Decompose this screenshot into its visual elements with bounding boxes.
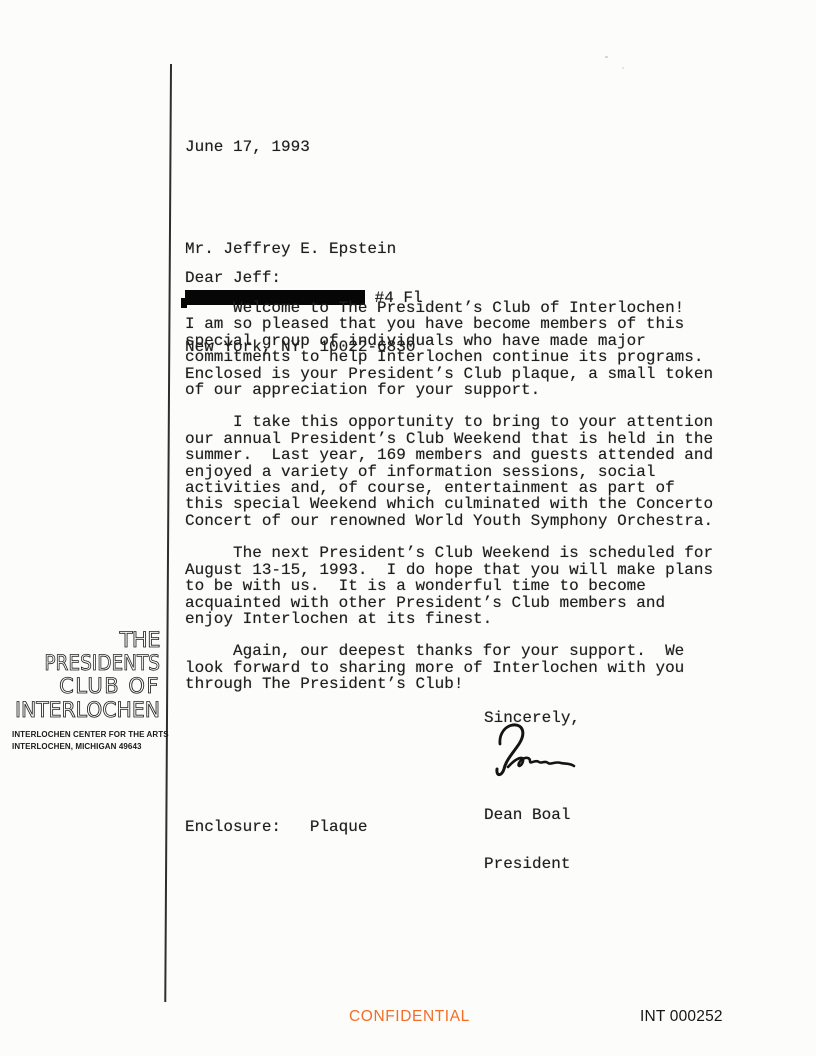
logo-line-the: THE [0,629,160,652]
body-line: I am so pleased that you have become mem… [185,316,735,332]
signature-block: Dean Boal President [484,774,570,905]
salutation: Dear Jeff: [185,270,281,286]
body-line: Welcome to The President’s Club of Inter… [185,300,735,316]
body-line: enjoy Interlochen at its finest. [185,611,735,627]
paragraph: Welcome to The President’s Club of Inter… [185,300,735,398]
page-edge-line [164,64,172,1002]
body-line: our annual President’s Club Weekend that… [185,431,735,447]
org-logo: THE PRESIDENTS CLUB OF INTERLOCHEN INTER… [0,629,160,752]
body-line: special group of individuals who have ma… [185,333,735,349]
enclosure-line: Enclosure: Plaque [185,819,367,835]
scan-speck [605,56,608,58]
signer-name: Dean Boal [484,807,570,823]
body-line: this special Weekend which culminated wi… [185,496,735,512]
paragraph: I take this opportunity to bring to your… [185,414,735,529]
logo-line-presidents: PRESIDENTS [19,652,160,675]
body-line: Concert of our renowned World Youth Symp… [185,513,735,529]
signature-handwriting [486,722,581,780]
confidential-stamp: CONFIDENTIAL [349,1008,470,1026]
body-line: Enclosed is your President’s Club plaque… [185,366,735,382]
body-line: The next President’s Club Weekend is sch… [185,545,735,561]
body-line: look forward to sharing more of Interloc… [185,660,735,676]
body-line: summer. Last year, 169 members and guest… [185,447,735,463]
logo-line-club-of: CLUB OF [0,675,160,698]
body-line: enjoyed a variety of information session… [185,464,735,480]
bates-number: INT 000252 [640,1008,723,1026]
scan-speck [622,67,624,69]
paragraph: Again, our deepest thanks for your suppo… [185,643,735,692]
paragraph: The next President’s Club Weekend is sch… [185,545,735,627]
body-line: activities and, of course, entertainment… [185,480,735,496]
logo-subline-center-for-the-arts: INTERLOCHEN CENTER FOR THE ARTS [12,728,150,740]
logo-line-interlochen: INTERLOCHEN [5,699,160,722]
signer-title: President [484,856,570,872]
body-line: through The President’s Club! [185,676,735,692]
recipient-name: Mr. Jeffrey E. Epstein [185,241,423,257]
body-line: commitments to help Interlochen continue… [185,349,735,365]
body-line: to be with us. It is a wonderful time to… [185,578,735,594]
letter-date: June 17, 1993 [185,139,310,155]
body-line: of our appreciation for your support. [185,382,735,398]
body-line: August 13-15, 1993. I do hope that you w… [185,562,735,578]
body-line: Again, our deepest thanks for your suppo… [185,643,735,659]
letter-page: June 17, 1993 Mr. Jeffrey E. Epstein #4 … [0,0,816,1056]
body-line: I take this opportunity to bring to your… [185,414,735,430]
logo-subline-michigan-address: INTERLOCHEN, MICHIGAN 49643 [12,740,150,752]
letter-body: Welcome to The President’s Club of Inter… [185,300,735,709]
body-line: acquainted with other President’s Club m… [185,595,735,611]
